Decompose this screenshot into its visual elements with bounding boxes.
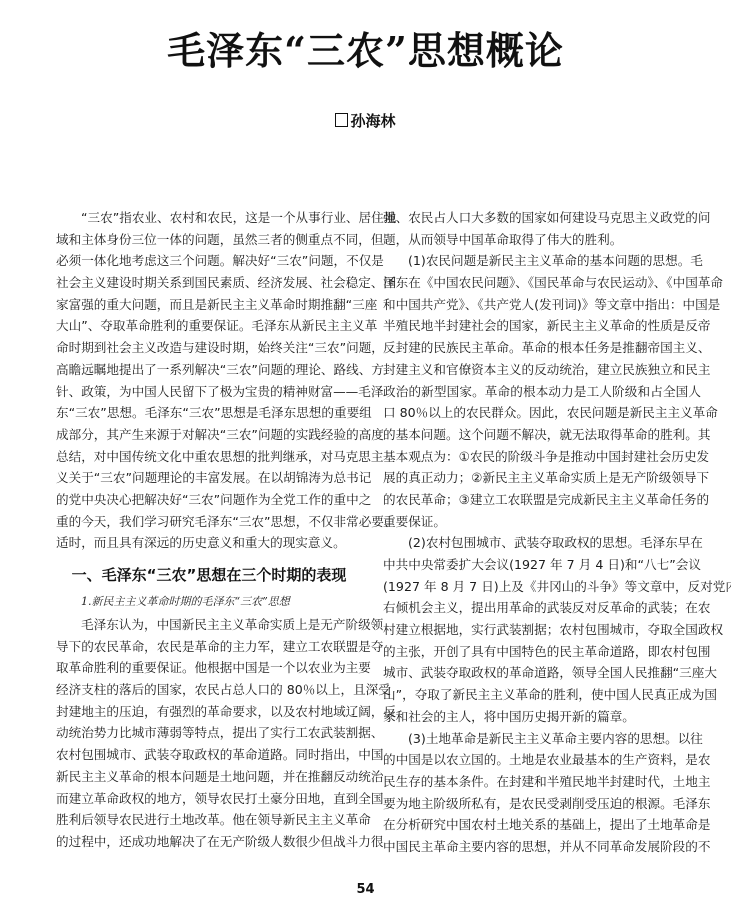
text-line: 毛泽东认为，中国新民主主义革命实质上是无产阶级领 — [56, 614, 362, 636]
author-name: 孙海林 — [350, 112, 395, 130]
text-line: 泽东在《中国农民问题》、《国民革命与农民运动》、《中国革命 — [383, 272, 701, 294]
text-line: 政治的新型国家。革命的根本动力是工人阶级和占全国人 — [383, 381, 701, 403]
text-line: 封建主义和官僚资本主义的反动统治，建立民族独立和民主 — [383, 359, 701, 381]
text-line: 适时，而且具有深远的历史意义和重大的现实意义。 — [56, 532, 362, 554]
text-line: (2)农村包围城市、武装夺取政权的思想。毛泽东早在 — [383, 532, 701, 554]
text-line: (1)农民问题是新民主主义革命的基本问题的思想。毛 — [383, 250, 701, 272]
text-line: (3)土地革命是新民主主义革命主要内容的思想。以往 — [383, 728, 701, 750]
text-line: 山”，夺取了新民主主义革命的胜利，使中国人民真正成为国 — [383, 684, 701, 706]
text-line: 半殖民地半封建社会的国家，新民主主义革命的性质是反帝 — [383, 315, 701, 337]
intro-paragraph: “三农”指农业、农村和农民，这是一个从事行业、居住地 域和主体身份三位一体的问题… — [56, 207, 362, 554]
text-line: 重要保证。 — [383, 511, 701, 533]
text-line: 域和主体身份三位一体的问题，虽然三者的侧重点不同，但 — [56, 229, 362, 251]
text-line: 右倾机会主义，提出用革命的武装反对反革命的武装；在农 — [383, 597, 701, 619]
text-line: 必须一体化地考虑这三个问题。解决好“三农”问题，不仅是 — [56, 250, 362, 272]
text-line: 展的真正动力；②新民主主义革命实质上是无产阶级领导下 — [383, 467, 701, 489]
text-line: 家和社会的主人，将中国历史揭开新的篇章。 — [383, 706, 701, 728]
text-line: 而建立革命政权的地方，领导农民打土豪分田地，直到全国 — [56, 788, 362, 810]
text-line: 中共中央常委扩大会议(1927 年 7 月 4 日)和“八七”会议 — [383, 554, 701, 576]
page-number: 54 — [0, 882, 731, 897]
text-line: 的主张，开创了具有中国特色的民主革命道路，即农村包围 — [383, 641, 701, 663]
text-line: 口 80％以上的农民群众。因此，农民问题是新民主主义革命 — [383, 402, 701, 424]
text-line: 社会主义建设时期关系到国民素质、经济发展、社会稳定、国 — [56, 272, 362, 294]
text-line: 反封建的民族民主革命。革命的根本任务是推翻帝国主义、 — [383, 337, 701, 359]
text-line: 在分析研究中国农村土地关系的基础上，提出了土地革命是 — [383, 814, 701, 836]
text-line: 导下的农民革命，农民是革命的主力军，建立工农联盟是夺 — [56, 636, 362, 658]
subsection-heading: 1.新民主主义革命时期的毛泽东“三农”思想 — [56, 590, 362, 614]
article-title: 毛泽东“三农”思想概论 — [0, 20, 731, 75]
text-line: “三农”指农业、农村和农民，这是一个从事行业、居住地 — [56, 207, 362, 229]
text-line: 总结，对中国传统文化中重农思想的批判继承，对马克思主 — [56, 446, 362, 468]
text-line: 新民主主义革命的根本问题是土地问题，并在推翻反动统治 — [56, 766, 362, 788]
text-line: 城市、武装夺取政权的革命道路，领导全国人民推翻“三座大 — [383, 662, 701, 684]
text-line: 动统治势力比城市薄弱等特点，提出了实行工农武装割据、 — [56, 722, 362, 744]
text-line: 针、政策，为中国人民留下了极为宝贵的精神财富——毛泽 — [56, 381, 362, 403]
text-line: 中国民主革命主要内容的思想，并从不同革命发展阶段的不 — [383, 836, 701, 858]
text-line: 重的今天，我们学习研究毛泽东“三农”思想，不仅非常必要、 — [56, 511, 362, 533]
text-line: 的基本问题。这个问题不解决，就无法取得革命的胜利。其 — [383, 424, 701, 446]
text-line: 命时期到社会主义改造与建设时期，始终关注“三农”问题， — [56, 337, 362, 359]
left-column: “三农”指农业、农村和农民，这是一个从事行业、居住地 域和主体身份三位一体的问题… — [56, 207, 362, 853]
text-line: 村建立根据地，实行武装割据；农村包围城市，夺取全国政权 — [383, 619, 701, 641]
text-line: 经济支柱的落后的国家，农民占总人口的 80％以上，且深受 — [56, 679, 362, 701]
text-line: 的过程中，还成功地解决了在无产阶级人数很少但战斗力很 — [56, 831, 362, 853]
text-line: 封建地主的压迫，有强烈的革命要求，以及农村地域辽阔，反 — [56, 701, 362, 723]
text-line: 胜利后领导农民进行土地改革。他在领导新民主主义革命 — [56, 809, 362, 831]
text-line: 大山”、夺取革命胜利的重要保证。毛泽东从新民主主义革 — [56, 315, 362, 337]
author-byline: 孙海林 — [0, 110, 731, 131]
square-bullet-icon — [335, 113, 348, 127]
text-line: 强、农民占人口大多数的国家如何建设马克思主义政党的问 — [383, 207, 701, 229]
text-line: 的党中央决心把解决好“三农”问题作为全党工作的重中之 — [56, 489, 362, 511]
text-line: 义关于“三农”问题理论的丰富发展。在以胡锦涛为总书记 — [56, 467, 362, 489]
text-line: 家富强的重大问题，而且是新民主主义革命时期推翻“三座 — [56, 294, 362, 316]
text-line: (1927 年 8 月 7 日)上及《井冈山的斗争》等文章中，反对党内 — [383, 576, 701, 598]
text-line: 东“三农”思想。毛泽东“三农”思想是毛泽东思想的重要组 — [56, 402, 362, 424]
text-line: 取革命胜利的重要保证。他根据中国是一个以农业为主要 — [56, 657, 362, 679]
text-line: 成部分，其产生来源于对解决“三农”问题的实践经验的高度 — [56, 424, 362, 446]
section-paragraph: 毛泽东认为，中国新民主主义革命实质上是无产阶级领 导下的农民革命，农民是革命的主… — [56, 614, 362, 853]
right-column: 强、农民占人口大多数的国家如何建设马克思主义政党的问题，从而领导中国革命取得了伟… — [383, 207, 701, 858]
text-line: 的农民革命；③建立工农联盟是完成新民主主义革命任务的 — [383, 489, 701, 511]
text-line: 题，从而领导中国革命取得了伟大的胜利。 — [383, 229, 701, 251]
text-line: 高瞻远瞩地提出了一系列解决“三农”问题的理论、路线、方 — [56, 359, 362, 381]
text-line: 要为地主阶级所私有，是农民受剥削受压迫的根源。毛泽东 — [383, 793, 701, 815]
text-line: 农村包围城市、武装夺取政权的革命道路。同时指出，中国 — [56, 744, 362, 766]
text-line: 民生存的基本条件。在封建和半殖民地半封建时代，土地主 — [383, 771, 701, 793]
text-line: 基本观点为：①农民的阶级斗争是推动中国封建社会历史发 — [383, 446, 701, 468]
text-line: 和中国共产党》、《共产党人(发刊词)》等文章中指出：中国是 — [383, 294, 701, 316]
section-heading: 一、毛泽东“三农”思想在三个时期的表现 — [56, 560, 362, 590]
text-line: 的中国是以农立国的。土地是农业最基本的生产资料，是农 — [383, 749, 701, 771]
